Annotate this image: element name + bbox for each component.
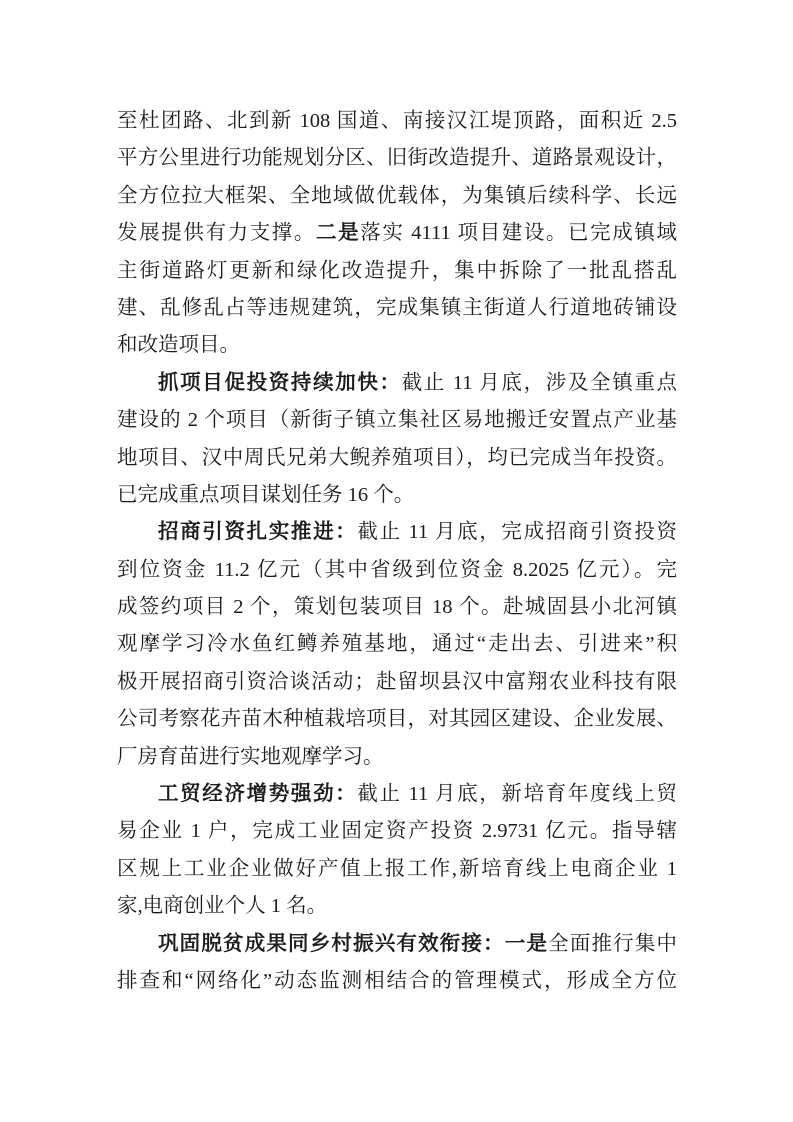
- text-segment: 已完成重点项目谋划任务 16 个。: [117, 484, 414, 506]
- text-line: 公司考察花卉苗木种植栽培项目，对其园区建设、企业发展、: [117, 701, 677, 738]
- bold-text-segment: 工贸经济增势强劲：: [158, 783, 357, 805]
- text-segment: 截止 11 月底，完成招商引资投资: [357, 521, 677, 543]
- text-segment: 区规上工业企业做好产值上报工作,新培育线上电商企业 1: [117, 858, 677, 880]
- text-segment: 截止 11 月底，涉及全镇重点: [402, 372, 677, 394]
- bold-text-segment: 巩固脱贫成果同乡村振兴有效衔接：一是: [158, 933, 548, 955]
- text-line: 招商引资扎实推进：截止 11 月底，完成招商引资投资: [117, 514, 677, 551]
- text-line: 和改造项目。: [117, 327, 677, 364]
- text-segment: 厂房育苗进行实地观摩学习。: [117, 746, 384, 768]
- text-line: 抓项目促投资持续加快：截止 11 月底，涉及全镇重点: [117, 365, 677, 402]
- text-line: 全方位拉大框架、全地域做优载体，为集镇后续科学、长远: [117, 178, 677, 215]
- text-segment: 和改造项目。: [117, 334, 240, 356]
- text-line: 到位资金 11.2 亿元（其中省级到位资金 8.2025 亿元）。完: [117, 552, 677, 589]
- document-page: 至杜团路、北到新 108 国道、南接汉江堤顶路，面积近 2.5平方公里进行功能规…: [0, 0, 793, 1122]
- text-line: 发展提供有力支撑。二是落实 4111 项目建设。已完成镇域: [117, 215, 677, 252]
- text-segment: 地项目、汉中周氏兄弟大鲵养殖项目），均已完成当年投资。: [117, 447, 677, 469]
- text-segment: 极开展招商引资洽谈活动；赴留坝县汉中富翔农业科技有限: [117, 671, 677, 693]
- text-line: 区规上工业企业做好产值上报工作,新培育线上电商企业 1: [117, 851, 677, 888]
- text-segment: 排查和“网络化”动态监测相结合的管理模式，形成全方位: [117, 970, 677, 992]
- text-segment: 建、乱修乱占等违规建筑，完成集镇主街道人行道地砖铺设: [117, 297, 677, 319]
- text-segment: 观摩学习冷水鱼红鳟养殖基地，通过“走出去、引进来”积: [117, 633, 677, 655]
- text-segment: 成签约项目 2 个，策划包装项目 18 个。赴城固县小北河镇: [117, 596, 677, 618]
- text-segment: 发展提供有力支撑。: [117, 222, 316, 244]
- bold-text-segment: 二是: [316, 222, 360, 244]
- text-segment: 家,电商创业个人 1 名。: [117, 895, 327, 917]
- text-segment: 截止 11 月底，新培育年度线上贸: [357, 783, 677, 805]
- text-line: 观摩学习冷水鱼红鳟养殖基地，通过“走出去、引进来”积: [117, 626, 677, 663]
- text-segment: 全方位拉大框架、全地域做优载体，为集镇后续科学、长远: [117, 185, 677, 207]
- text-line: 厂房育苗进行实地观摩学习。: [117, 739, 677, 776]
- text-line: 排查和“网络化”动态监测相结合的管理模式，形成全方位: [117, 963, 677, 1000]
- text-line: 极开展招商引资洽谈活动；赴留坝县汉中富翔农业科技有限: [117, 664, 677, 701]
- text-line: 家,电商创业个人 1 名。: [117, 888, 677, 925]
- text-block: 至杜团路、北到新 108 国道、南接汉江堤顶路，面积近 2.5平方公里进行功能规…: [117, 103, 677, 1000]
- text-segment: 到位资金 11.2 亿元（其中省级到位资金 8.2025 亿元）。完: [117, 559, 677, 581]
- bold-text-segment: 抓项目促投资持续加快：: [158, 372, 402, 394]
- text-segment: 全面推行集中: [548, 933, 677, 955]
- text-line: 建设的 2 个项目（新街子镇立集社区易地搬迁安置点产业基: [117, 402, 677, 439]
- text-segment: 易企业 1 户，完成工业固定资产投资 2.9731 亿元。指导辖: [117, 820, 677, 842]
- text-segment: 至杜团路、北到新 108 国道、南接汉江堤顶路，面积近 2.5: [117, 110, 677, 132]
- bold-text-segment: 招商引资扎实推进：: [158, 521, 357, 543]
- text-segment: 建设的 2 个项目（新街子镇立集社区易地搬迁安置点产业基: [117, 409, 677, 431]
- text-line: 已完成重点项目谋划任务 16 个。: [117, 477, 677, 514]
- text-segment: 平方公里进行功能规划分区、旧街改造提升、道路景观设计，: [117, 147, 677, 169]
- text-line: 平方公里进行功能规划分区、旧街改造提升、道路景观设计，: [117, 140, 677, 177]
- text-line: 成签约项目 2 个，策划包装项目 18 个。赴城固县小北河镇: [117, 589, 677, 626]
- text-line: 工贸经济增势强劲：截止 11 月底，新培育年度线上贸: [117, 776, 677, 813]
- text-line: 主街道路灯更新和绿化改造提升，集中拆除了一批乱搭乱: [117, 253, 677, 290]
- text-line: 巩固脱贫成果同乡村振兴有效衔接：一是全面推行集中: [117, 926, 677, 963]
- text-line: 建、乱修乱占等违规建筑，完成集镇主街道人行道地砖铺设: [117, 290, 677, 327]
- text-line: 易企业 1 户，完成工业固定资产投资 2.9731 亿元。指导辖: [117, 813, 677, 850]
- text-line: 至杜团路、北到新 108 国道、南接汉江堤顶路，面积近 2.5: [117, 103, 677, 140]
- text-segment: 落实 4111 项目建设。已完成镇域: [360, 222, 677, 244]
- text-segment: 主街道路灯更新和绿化改造提升，集中拆除了一批乱搭乱: [117, 260, 677, 282]
- text-segment: 公司考察花卉苗木种植栽培项目，对其园区建设、企业发展、: [117, 708, 677, 730]
- text-line: 地项目、汉中周氏兄弟大鲵养殖项目），均已完成当年投资。: [117, 440, 677, 477]
